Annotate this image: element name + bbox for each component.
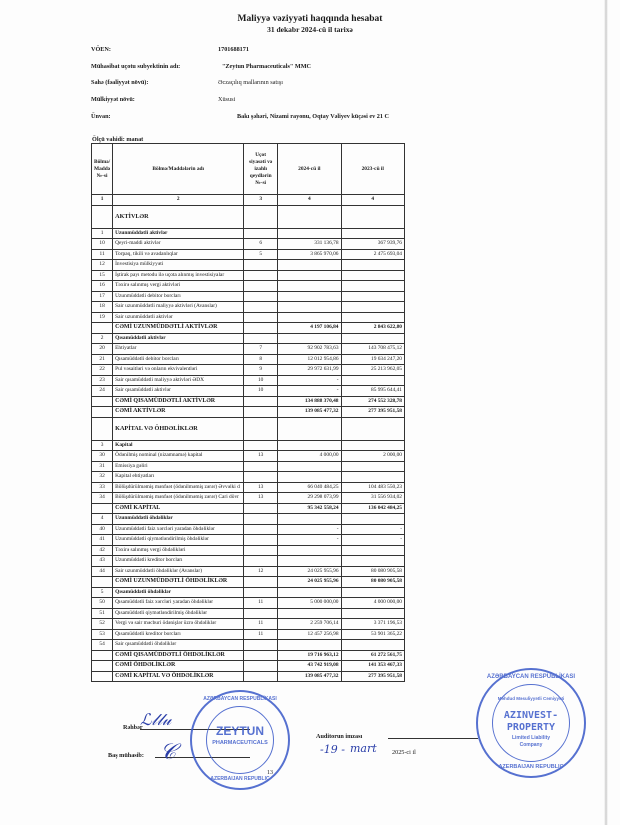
cell-no: 51 bbox=[92, 608, 113, 619]
cell-note bbox=[244, 205, 278, 228]
cell-note bbox=[244, 302, 278, 313]
unit-label: Ölçü vahidi: manat bbox=[92, 136, 143, 143]
table-row: 10Qeyri-maddi aktivlər6331 136,78367 939… bbox=[92, 239, 405, 250]
cell-name: İştirak payı metodu ilə uçota alınmış in… bbox=[113, 270, 244, 281]
cell-y2023: 85 995 644,41 bbox=[341, 386, 404, 397]
auditor-stamp-line1: Məhdud Məsuliyyətli Cəmiyyəti bbox=[496, 696, 566, 701]
cell-y2023: 274 552 328,78 bbox=[341, 396, 404, 407]
cell-y2023 bbox=[341, 556, 404, 567]
cell-note bbox=[244, 577, 278, 588]
cell-y2024: 66 040 484,25 bbox=[278, 482, 341, 493]
cell-no: 44 bbox=[92, 566, 113, 577]
cell-no bbox=[92, 323, 113, 334]
cell-no: 32 bbox=[92, 472, 113, 483]
cell-no bbox=[92, 407, 113, 418]
cell-y2023 bbox=[341, 375, 404, 386]
cell-y2023 bbox=[341, 440, 404, 451]
table-row: 44Sair uzunmüddətli öhdəliklər (Avanslar… bbox=[92, 566, 405, 577]
cell-note bbox=[244, 407, 278, 418]
table-row: 42Təxirə salınmış vergi öhdəlikləri bbox=[92, 545, 405, 556]
cell-no: 11 bbox=[92, 249, 113, 260]
table-row: CƏMİ UZUNMÜDDƏTLİ ÖHDƏLİKLƏR24 025 955,9… bbox=[92, 577, 405, 588]
cell-y2024: 5 000 000,00 bbox=[278, 598, 341, 609]
table-row: 5Qısamüddətli öhdəliklər bbox=[92, 587, 405, 598]
cell-name: Uzunmüddətli faiz xərcləri yaradan öhdəl… bbox=[113, 524, 244, 535]
cell-name: CƏMİ UZUNMÜDDƏTLİ ÖHDƏLİKLƏR bbox=[113, 577, 244, 588]
cell-no: 15 bbox=[92, 270, 113, 281]
cell-name: CƏMİ QISAMÜDDƏTLİ AKTİVLƏR bbox=[113, 396, 244, 407]
cell-note bbox=[244, 556, 278, 567]
cell-y2023 bbox=[341, 260, 404, 271]
cell-note: 11 bbox=[244, 619, 278, 630]
cell-y2024: 331 136,78 bbox=[278, 239, 341, 250]
cell-y2024 bbox=[278, 417, 341, 440]
cell-name: Qeyri-maddi aktivlər bbox=[113, 239, 244, 250]
table-row: 2Qısamüddətli aktivlər bbox=[92, 333, 405, 344]
cell-y2024: 95 342 558,24 bbox=[278, 503, 341, 514]
cell-y2024: - bbox=[278, 386, 341, 397]
cell-y2024 bbox=[278, 302, 341, 313]
header-2024: 2024-cü il bbox=[278, 144, 341, 195]
cell-note bbox=[244, 333, 278, 344]
cell-name: Sair uzunmüddətli aktivlər bbox=[113, 312, 244, 323]
cell-y2024 bbox=[278, 228, 341, 239]
cell-no: 53 bbox=[92, 629, 113, 640]
cell-y2024 bbox=[278, 556, 341, 567]
table-row: 30Ödənilmiş nominal (nizamnamə) kapital1… bbox=[92, 451, 405, 462]
cell-note bbox=[244, 440, 278, 451]
cell-name: Sair uzunmüddətli öhdəliklər (Avanslar) bbox=[113, 566, 244, 577]
info-value: Xüsusi bbox=[218, 96, 235, 103]
cell-note: 9 bbox=[244, 365, 278, 376]
cell-no bbox=[92, 417, 113, 440]
balance-sheet-table: Bölmə/ Maddə №-si Bölmə/Maddələrin adı U… bbox=[91, 143, 405, 682]
cell-note bbox=[244, 650, 278, 661]
table-row: CƏMİ QISAMÜDDƏTLİ AKTİVLƏR134 888 370,48… bbox=[92, 396, 405, 407]
cell-y2024: 92 902 783,63 bbox=[278, 344, 341, 355]
cell-no: 24 bbox=[92, 386, 113, 397]
table-row: 19Sair uzunmüddətli aktivlər bbox=[92, 312, 405, 323]
table-row: CƏMİ QISAMÜDDƏTLİ ÖHDƏLİKLƏR19 716 963,1… bbox=[92, 650, 405, 661]
column-number-row: 1 2 3 4 4 bbox=[92, 195, 405, 206]
cell-y2024 bbox=[278, 472, 341, 483]
table-row: 54Sair qısamüddətli öhdəliklər bbox=[92, 640, 405, 651]
cell-no: 4 bbox=[92, 514, 113, 525]
info-label: VÖEN: bbox=[91, 46, 111, 53]
cell-y2023: 277 395 951,58 bbox=[341, 407, 404, 418]
cell-name: Uzunmüddətli aktivlər bbox=[113, 228, 244, 239]
cell-note: 13 bbox=[244, 451, 278, 462]
table-row: 24Sair qısamüddətli aktivlər10-85 995 64… bbox=[92, 386, 405, 397]
info-value: Bakı şəhəri, Nizami rayonu, Oqtay Vəliye… bbox=[237, 113, 389, 120]
header-2023: 2023-cü il bbox=[341, 144, 404, 195]
cell-note bbox=[244, 228, 278, 239]
cell-name: Bölüşdürülməmiş mənfəət (ödənilməmiş zər… bbox=[113, 493, 244, 504]
table-row: 32Kapital ehtiyatları bbox=[92, 472, 405, 483]
cell-no bbox=[92, 503, 113, 514]
cell-y2024 bbox=[278, 205, 341, 228]
cell-y2023 bbox=[341, 640, 404, 651]
table-row: KAPİTAL VƏ ÖHDƏLİKLƏR bbox=[92, 417, 405, 440]
cell-name: Sair qısamüddətli öhdəliklər bbox=[113, 640, 244, 651]
cell-name: CƏMİ QISAMÜDDƏTLİ ÖHDƏLİKLƏR bbox=[113, 650, 244, 661]
cell-y2024 bbox=[278, 270, 341, 281]
cell-y2023: 4 000 000,00 bbox=[341, 598, 404, 609]
cell-note bbox=[244, 472, 278, 483]
cell-y2024: 29 298 073,99 bbox=[278, 493, 341, 504]
head-signature: ℒ𝓁𝓁𝓊 bbox=[140, 710, 171, 730]
cell-y2023 bbox=[341, 417, 404, 440]
cell-no: 12 bbox=[92, 260, 113, 271]
cell-name: Qısamüddətli aktivlər bbox=[113, 333, 244, 344]
cell-note bbox=[244, 312, 278, 323]
table-row: 31Emissiya gəliri bbox=[92, 461, 405, 472]
cell-y2023 bbox=[341, 291, 404, 302]
cell-y2024 bbox=[278, 281, 341, 292]
cell-y2024: 134 888 370,48 bbox=[278, 396, 341, 407]
cell-no: 19 bbox=[92, 312, 113, 323]
cell-name: Sair uzunmüddətli maliyyə aktivləri (Ava… bbox=[113, 302, 244, 313]
cell-note bbox=[244, 291, 278, 302]
cell-y2023: 61 272 561,75 bbox=[341, 650, 404, 661]
date-month: mart bbox=[350, 742, 377, 755]
colnum-4: 4 bbox=[278, 195, 341, 206]
cell-y2023: 277 395 951,58 bbox=[341, 671, 404, 682]
cell-name: Uzunmüddətli kreditor borcları bbox=[113, 556, 244, 567]
cell-y2023: 53 901 365,22 bbox=[341, 629, 404, 640]
info-value: 1701688171 bbox=[218, 46, 249, 53]
cell-note bbox=[244, 323, 278, 334]
cell-name: CƏMİ KAPİTAL VƏ ÖHDƏLİKLƏR bbox=[113, 671, 244, 682]
company-stamp-top-text: AZƏRBAYCAN RESPUBLİKASI bbox=[192, 696, 288, 702]
cell-y2024: 19 716 963,12 bbox=[278, 650, 341, 661]
cell-y2023: 2 000,00 bbox=[341, 451, 404, 462]
auditor-stamp-sub2: Company bbox=[478, 742, 584, 748]
cell-name: Qısamüddətli faiz xərcləri yaradan öhdəl… bbox=[113, 598, 244, 609]
cell-no: 50 bbox=[92, 598, 113, 609]
cell-y2024: 29 972 631,99 bbox=[278, 365, 341, 376]
cell-name: Təxirə salınmış vergi aktivləri bbox=[113, 281, 244, 292]
table-row: AKTİVLƏR bbox=[92, 205, 405, 228]
cell-y2023 bbox=[341, 312, 404, 323]
cell-y2023: 143 708 475,12 bbox=[341, 344, 404, 355]
cell-note bbox=[244, 524, 278, 535]
auditor-stamp: AZƏRBAYCAN RESPUBLİKASI Məhdud Məsuliyyə… bbox=[476, 668, 586, 778]
cell-note bbox=[244, 661, 278, 672]
cell-y2023 bbox=[341, 461, 404, 472]
cell-y2024 bbox=[278, 461, 341, 472]
cell-note: 11 bbox=[244, 598, 278, 609]
table-row: CƏMİ AKTİVLƏR139 085 477,32277 395 951,5… bbox=[92, 407, 405, 418]
cell-note bbox=[244, 608, 278, 619]
cell-name: CƏMİ ÖHDƏLİKLƏR bbox=[113, 661, 244, 672]
auditor-stamp-sub1: Limited Liability bbox=[478, 735, 584, 741]
cell-note bbox=[244, 270, 278, 281]
cell-y2024 bbox=[278, 440, 341, 451]
cell-y2024 bbox=[278, 608, 341, 619]
cell-no: 20 bbox=[92, 344, 113, 355]
cell-no: 17 bbox=[92, 291, 113, 302]
table-header-row: Bölmə/ Maddə №-si Bölmə/Maddələrin adı U… bbox=[92, 144, 405, 195]
cell-y2024: 3 865 970,06 bbox=[278, 249, 341, 260]
date-year: 2025-ci il bbox=[392, 749, 416, 756]
cell-no: 40 bbox=[92, 524, 113, 535]
cell-no: 1 bbox=[92, 228, 113, 239]
cell-note bbox=[244, 640, 278, 651]
info-value: Əczaçılıq mallarının satışı bbox=[218, 79, 283, 86]
cell-y2023: - bbox=[341, 535, 404, 546]
table-row: CƏMİ KAPİTAL95 342 558,24136 042 484,25 bbox=[92, 503, 405, 514]
cell-no bbox=[92, 661, 113, 672]
cell-note: 13 bbox=[244, 493, 278, 504]
cell-no bbox=[92, 577, 113, 588]
cell-name: Qısamüddətli debitor borcları bbox=[113, 354, 244, 365]
auditor-stamp-bottom-text: AZERBAIJAN REPUBLIC bbox=[478, 764, 584, 770]
cell-name: Pul vəsaitləri və onların ekvivalentləri bbox=[113, 365, 244, 376]
cell-no: 23 bbox=[92, 375, 113, 386]
cell-name: Uzunmüddətli qiymətləndirilmiş öhdəliklə… bbox=[113, 535, 244, 546]
cell-y2024: 139 085 477,32 bbox=[278, 407, 341, 418]
colnum-2: 2 bbox=[113, 195, 244, 206]
table-row: 18Sair uzunmüddətli maliyyə aktivləri (A… bbox=[92, 302, 405, 313]
colnum-1: 1 bbox=[92, 195, 113, 206]
cell-y2023 bbox=[341, 333, 404, 344]
table-row: CƏMİ KAPİTAL VƏ ÖHDƏLİKLƏR139 085 477,32… bbox=[92, 671, 405, 682]
cell-note: 5 bbox=[244, 249, 278, 260]
cell-no bbox=[92, 396, 113, 407]
cell-name: İnvestisiya mülkiyyəti bbox=[113, 260, 244, 271]
cell-y2023 bbox=[341, 302, 404, 313]
cell-note bbox=[244, 281, 278, 292]
cell-y2024: - bbox=[278, 535, 341, 546]
cell-name: Qısamüddətli qiymətləndirilmiş öhdəliklə… bbox=[113, 608, 244, 619]
cell-note bbox=[244, 260, 278, 271]
cell-note bbox=[244, 535, 278, 546]
cell-no: 5 bbox=[92, 587, 113, 598]
document-title: Maliyyə vəziyyəti haqqında hesabat bbox=[0, 14, 620, 24]
cell-name: CƏMİ UZUNMÜDDƏTLİ AKTİVLƏR bbox=[113, 323, 244, 334]
table-row: 43Uzunmüddətli kreditor borcları bbox=[92, 556, 405, 567]
cell-no: 42 bbox=[92, 545, 113, 556]
header-no: Bölmə/ Maddə №-si bbox=[92, 144, 113, 195]
cell-note: 11 bbox=[244, 629, 278, 640]
date-day: -19 - bbox=[320, 743, 345, 756]
chief-accountant-label: Baş mühasib: bbox=[108, 752, 144, 759]
auditor-stamp-name2: PROPERTY bbox=[478, 722, 584, 733]
cell-y2023 bbox=[341, 514, 404, 525]
cell-no: 22 bbox=[92, 365, 113, 376]
cell-y2024: 2 259 706,14 bbox=[278, 619, 341, 630]
cell-name: AKTİVLƏR bbox=[113, 205, 244, 228]
table-row: 52Vergi və sair məcburi ödənişlər üzrə ö… bbox=[92, 619, 405, 630]
auditor-label: Auditorun imzası bbox=[316, 733, 362, 740]
table-row: 22Pul vəsaitləri və onların ekvivalentlə… bbox=[92, 365, 405, 376]
cell-note: 13 bbox=[244, 482, 278, 493]
table-row: 41Uzunmüddətli qiymətləndirilmiş öhdəlik… bbox=[92, 535, 405, 546]
cell-name: Təxirə salınmış vergi öhdəlikləri bbox=[113, 545, 244, 556]
cell-note: 12 bbox=[244, 566, 278, 577]
info-label: Sahə (fəaliyyət növü): bbox=[91, 79, 148, 86]
cell-y2024 bbox=[278, 333, 341, 344]
cell-name: Torpaq, tikili və avadanlıqlar bbox=[113, 249, 244, 260]
cell-y2024: 4 197 106,84 bbox=[278, 323, 341, 334]
cell-name: Sair qısamüddətli aktivlər bbox=[113, 386, 244, 397]
cell-y2024 bbox=[278, 640, 341, 651]
chief-accountant-signature: 𝒞 bbox=[160, 740, 176, 765]
cell-y2024: 12 012 954,86 bbox=[278, 354, 341, 365]
document-subtitle: 31 dekabr 2024-cü il tarixə bbox=[0, 25, 620, 34]
cell-name: Qısamüddətli öhdəliklər bbox=[113, 587, 244, 598]
cell-y2024: - bbox=[278, 375, 341, 386]
cell-y2023 bbox=[341, 608, 404, 619]
cell-y2023: 136 042 484,25 bbox=[341, 503, 404, 514]
document-page: Maliyyə vəziyyəti haqqında hesabat 31 de… bbox=[0, 0, 620, 825]
cell-y2023 bbox=[341, 545, 404, 556]
cell-y2023: - bbox=[341, 524, 404, 535]
cell-name: CƏMİ KAPİTAL bbox=[113, 503, 244, 514]
cell-note: 10 bbox=[244, 375, 278, 386]
cell-y2023: 367 939,76 bbox=[341, 239, 404, 250]
cell-no: 21 bbox=[92, 354, 113, 365]
cell-no: 33 bbox=[92, 482, 113, 493]
table-row: 40Uzunmüddətli faiz xərcləri yaradan öhd… bbox=[92, 524, 405, 535]
cell-name: Uzunmüddətli öhdəliklər bbox=[113, 514, 244, 525]
cell-note: 6 bbox=[244, 239, 278, 250]
scan-edge bbox=[604, 0, 608, 825]
cell-y2023 bbox=[341, 587, 404, 598]
cell-note bbox=[244, 461, 278, 472]
table-row: 3Kapital bbox=[92, 440, 405, 451]
cell-y2024 bbox=[278, 291, 341, 302]
cell-y2023: 2 843 622,80 bbox=[341, 323, 404, 334]
cell-name: Vergi və sair məcburi ödənişlər üzrə öhd… bbox=[113, 619, 244, 630]
company-stamp-bottom-text: AZERBAIJAN REPUBLIC bbox=[192, 776, 288, 782]
cell-y2023: 80 080 905,58 bbox=[341, 566, 404, 577]
cell-y2023 bbox=[341, 205, 404, 228]
cell-y2024: 4 000,00 bbox=[278, 451, 341, 462]
cell-name: Ödənilmiş nominal (nizamnamə) kapital bbox=[113, 451, 244, 462]
cell-y2023: 141 353 467,33 bbox=[341, 661, 404, 672]
cell-y2024: 43 742 919,08 bbox=[278, 661, 341, 672]
cell-note: 10 bbox=[244, 386, 278, 397]
cell-y2024 bbox=[278, 514, 341, 525]
cell-name: Bölüşdürülməmiş mənfəət (ödənilməmiş zər… bbox=[113, 482, 244, 493]
table-row: 50Qısamüddətli faiz xərcləri yaradan öhd… bbox=[92, 598, 405, 609]
cell-no: 30 bbox=[92, 451, 113, 462]
cell-no: 34 bbox=[92, 493, 113, 504]
company-stamp-name: ZEYTUN bbox=[192, 724, 288, 738]
cell-y2024 bbox=[278, 545, 341, 556]
company-stamp-sub: PHARMACEUTICALS bbox=[192, 740, 288, 746]
cell-y2023: 80 080 905,58 bbox=[341, 577, 404, 588]
cell-note bbox=[244, 503, 278, 514]
table-row: CƏMİ UZUNMÜDDƏTLİ AKTİVLƏR4 197 106,842 … bbox=[92, 323, 405, 334]
table-row: CƏMİ ÖHDƏLİKLƏR43 742 919,08141 353 467,… bbox=[92, 661, 405, 672]
cell-no: 41 bbox=[92, 535, 113, 546]
table-row: 1Uzunmüddətli aktivlər bbox=[92, 228, 405, 239]
cell-no bbox=[92, 205, 113, 228]
cell-name: Sair qısamüddətli maliyyə aktivləri ƏDX bbox=[113, 375, 244, 386]
cell-no: 3 bbox=[92, 440, 113, 451]
cell-no: 54 bbox=[92, 640, 113, 651]
cell-y2023: 25 213 962,05 bbox=[341, 365, 404, 376]
cell-y2024: 12 457 256,98 bbox=[278, 629, 341, 640]
table-row: 15İştirak payı metodu ilə uçota alınmış … bbox=[92, 270, 405, 281]
cell-note bbox=[244, 545, 278, 556]
cell-note bbox=[244, 417, 278, 440]
cell-note: 8 bbox=[244, 354, 278, 365]
colnum-3: 3 bbox=[244, 195, 278, 206]
cell-no: 52 bbox=[92, 619, 113, 630]
cell-y2023: 104 483 550,23 bbox=[341, 482, 404, 493]
cell-y2024: - bbox=[278, 524, 341, 535]
header-note: Uçot siyasəti və izahlı qeydlərin №-si bbox=[244, 144, 278, 195]
table-row: 53Qısamüddətli kreditor borcları1112 457… bbox=[92, 629, 405, 640]
table-row: 51Qısamüddətli qiymətləndirilmiş öhdəlik… bbox=[92, 608, 405, 619]
table-row: 12İnvestisiya mülkiyyəti bbox=[92, 260, 405, 271]
cell-y2024 bbox=[278, 312, 341, 323]
table-row: 16Təxirə salınmış vergi aktivləri bbox=[92, 281, 405, 292]
cell-y2024: 139 085 477,32 bbox=[278, 671, 341, 682]
info-label: Ünvan: bbox=[91, 113, 111, 120]
cell-y2023 bbox=[341, 228, 404, 239]
header-name: Bölmə/Maddələrin adı bbox=[113, 144, 244, 195]
cell-name: Emissiya gəliri bbox=[113, 461, 244, 472]
cell-y2023: 19 634 247,20 bbox=[341, 354, 404, 365]
cell-no bbox=[92, 671, 113, 682]
cell-y2024: 24 025 955,96 bbox=[278, 577, 341, 588]
cell-no bbox=[92, 650, 113, 661]
cell-name: Qısamüddətli kreditor borcları bbox=[113, 629, 244, 640]
cell-note bbox=[244, 396, 278, 407]
cell-no: 2 bbox=[92, 333, 113, 344]
cell-no: 10 bbox=[92, 239, 113, 250]
cell-name: Ehtiyatlar bbox=[113, 344, 244, 355]
cell-name: KAPİTAL VƏ ÖHDƏLİKLƏR bbox=[113, 417, 244, 440]
cell-y2023 bbox=[341, 270, 404, 281]
cell-note: 7 bbox=[244, 344, 278, 355]
table-row: 34Bölüşdürülməmiş mənfəət (ödənilməmiş z… bbox=[92, 493, 405, 504]
table-row: 17Uzunmüddətli debitor borcları bbox=[92, 291, 405, 302]
info-value: "Zeytun Pharmaceuticals" MMC bbox=[222, 63, 311, 70]
cell-name: CƏMİ AKTİVLƏR bbox=[113, 407, 244, 418]
info-label: Mühasibat uçotu subyektinin adı: bbox=[91, 63, 180, 70]
table-row: 33Bölüşdürülməmiş mənfəət (ödənilməmiş z… bbox=[92, 482, 405, 493]
table-row: 23Sair qısamüddətli maliyyə aktivləri ƏD… bbox=[92, 375, 405, 386]
table-row: 11Torpaq, tikili və avadanlıqlar53 865 9… bbox=[92, 249, 405, 260]
cell-note bbox=[244, 671, 278, 682]
auditor-stamp-top-text: AZƏRBAYCAN RESPUBLİKASI bbox=[478, 674, 584, 680]
info-label: Mülkiyyət növü: bbox=[91, 96, 135, 103]
cell-y2023: 3 371 196,53 bbox=[341, 619, 404, 630]
cell-note bbox=[244, 587, 278, 598]
colnum-5: 4 bbox=[341, 195, 404, 206]
cell-y2024 bbox=[278, 260, 341, 271]
cell-y2024 bbox=[278, 587, 341, 598]
cell-y2023: 2 475 693,04 bbox=[341, 249, 404, 260]
table-row: 20Ehtiyatlar792 902 783,63143 708 475,12 bbox=[92, 344, 405, 355]
auditor-stamp-name1: AZINVEST- bbox=[478, 710, 584, 721]
cell-y2024: 24 025 955,96 bbox=[278, 566, 341, 577]
cell-y2023: 31 556 934,02 bbox=[341, 493, 404, 504]
cell-note bbox=[244, 514, 278, 525]
cell-name: Kapital bbox=[113, 440, 244, 451]
cell-no: 16 bbox=[92, 281, 113, 292]
cell-name: Kapital ehtiyatları bbox=[113, 472, 244, 483]
cell-no: 43 bbox=[92, 556, 113, 567]
cell-no: 31 bbox=[92, 461, 113, 472]
cell-name: Uzunmüddətli debitor borcları bbox=[113, 291, 244, 302]
